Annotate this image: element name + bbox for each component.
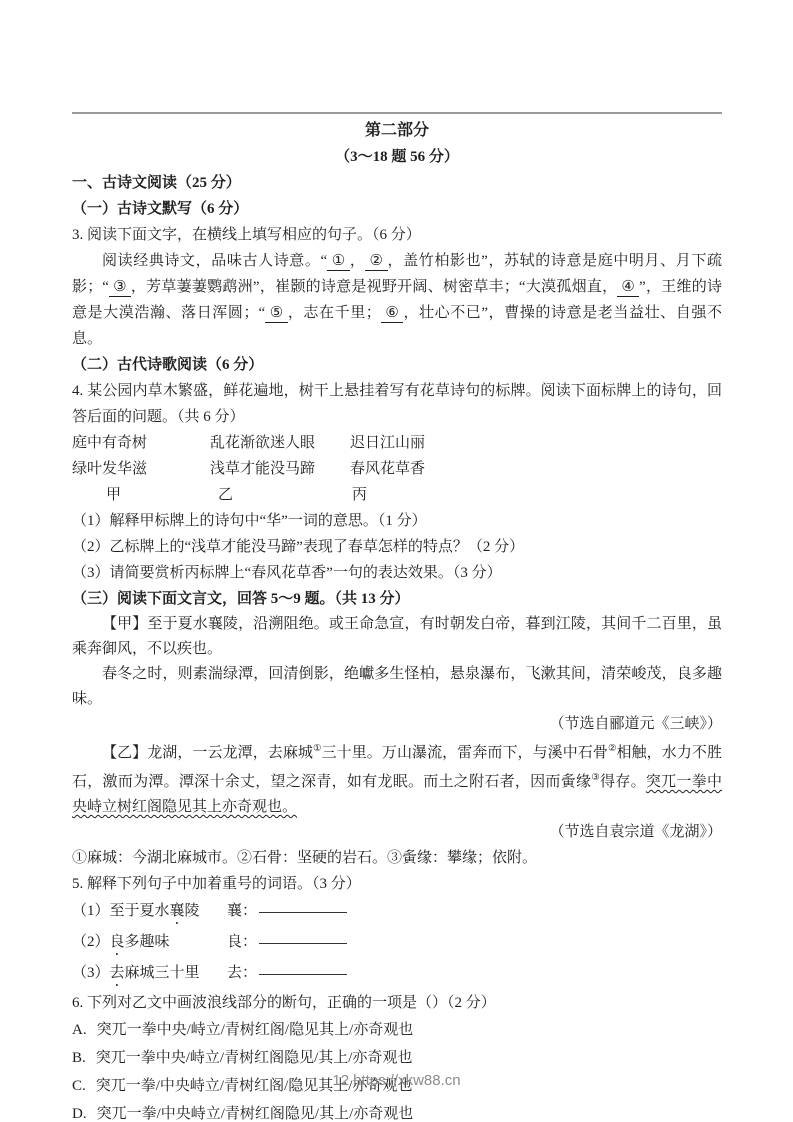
sign-jia-line1: 庭中有奇树 [72,430,210,456]
footer-url: https://xkw88.cn [353,1072,461,1089]
q3-text-2: ， [350,253,366,269]
yi-text-1: 【乙】龙湖，一云龙潭，去麻城 [102,745,313,761]
q6-option-a: A.突兀一拳中央/峙立/青树红阁/隐见其上/亦奇观也 [72,1016,722,1044]
q4-subquestion-3: （3）请简要赏析丙标牌上“春风花草香”一句的表达效果。（3 分） [72,560,722,586]
q5-item-2-emphasized-char: 良 [110,934,125,950]
q6-option-b: B.突兀一拳中央/峙立/青树红阁隐见/其上/亦奇观也 [72,1044,722,1072]
passage-yi-source: （节选自袁宗道《龙湖》） [72,820,722,845]
sign-jia-line2: 绿叶发华滋 [72,456,210,482]
yi-text-4: 得存。 [600,774,646,790]
passage-jia-p1: 【甲】至于夏水襄陵，沿溯阻绝。或王命急宣，有时朝发白帝，暮到江陵，其间千二百里，… [72,612,722,662]
q5-item-3-emphasized-char: 去 [110,965,125,981]
answer-blank-2 [259,928,347,944]
sign-boards: 庭中有奇树 乱花渐欲迷人眼 迟日江山丽 绿叶发华滋 浅草才能没马蹄 春风花草香 … [72,430,722,508]
subsection-title-poetry: （二）古代诗歌阅读（6 分） [72,352,722,378]
q6-option-b-text: 突兀一拳中央/峙立/青树红阁隐见/其上/亦奇观也 [96,1050,413,1066]
q3-blank-6: ⑥ [381,305,404,323]
q3-passage: 阅读经典诗文，品味古人诗意。“①，②，盖竹柏影也”，苏轼的诗意是庭中明月、月下疏… [72,248,722,352]
q5-item-2-pre: （2） [72,934,110,950]
subsection-title-classical: （三）阅读下面文言文，回答 5～9 题。（共 13 分） [72,586,722,612]
sign-jia-label: 甲 [72,482,210,508]
subsection-title-dictation: （一）古诗文默写（6 分） [72,196,722,222]
yi-text-2: 三十里。万山瀑流，雷奔而下，与溪中石骨 [322,745,608,761]
passage-jia-source: （节选自郦道元《三峡》） [72,712,722,737]
part-title: 第二部分 [72,118,722,144]
yi-note-marker-3: ③ [591,773,600,783]
page-content: 第二部分 （3～18 题 56 分） 一、古诗文阅读（25 分） （一）古诗文默… [0,112,793,1122]
page-footer: 12https://xkw88.cn [0,1072,793,1089]
answer-blank-3 [259,959,347,975]
q5-item-1-phrase: （1）至于夏水襄陵 [72,897,227,928]
q5-item-3: （3）去麻城三十里 去： [72,959,722,990]
page-number: 12 [332,1072,349,1089]
q5-item-2-phrase: （2）良多趣味 [72,928,227,959]
answer-blank-1 [259,897,347,913]
q5-item-1-pre: （1）至于夏水 [72,903,170,919]
q5-item-2-post: 多趣味 [125,934,170,950]
q6-option-d: D.突兀一拳/中央峙立/青树红阁隐见/其上/亦奇观也 [72,1100,722,1122]
q6-option-a-letter: A. [72,1022,87,1038]
q5-item-2: （2）良多趣味 良： [72,928,722,959]
section-title-reading: 一、古诗文阅读（25 分） [72,170,722,196]
sign-yi-line1: 乱花渐欲迷人眼 [210,430,350,456]
yi-note-marker-2: ② [608,744,617,754]
exam-page: 第二部分 （3～18 题 56 分） 一、古诗文阅读（25 分） （一）古诗文默… [0,0,793,1122]
q4-stem: 4. 某公园内草木繁盛，鲜花遍地，树干上悬挂着写有花草诗句的标牌。阅读下面标牌上… [72,378,722,430]
q5-item-1-post: 陵 [185,903,200,919]
passage-notes: ①麻城：今湖北麻城市。②石骨：坚硬的岩石。③夤缘：攀缘；依附。 [72,845,722,871]
q5-item-1-emphasized-char: 襄 [170,903,185,919]
q3-blank-5: ⑤ [265,305,288,323]
passage-jia-p2: 春冬之时，则素湍绿潭，回清倒影，绝巘多生怪柏，悬泉瀑布，飞漱其间，清荣峻茂，良多… [72,662,722,712]
q5-item-1-word-label: 襄： [227,897,257,928]
q5-item-3-word-label: 去： [227,959,257,990]
q6-option-d-letter: D. [72,1106,87,1122]
q5-stem: 5. 解释下列句子中加着重号的词语。（3 分） [72,871,722,897]
sign-bing-label: 丙 [350,482,722,508]
q5-item-1: （1）至于夏水襄陵 襄： [72,897,722,928]
passage-yi: 【乙】龙湖，一云龙潭，去麻城①三十里。万山瀑流，雷奔而下，与溪中石骨②相触，水力… [72,737,722,820]
sign-yi-label: 乙 [210,482,350,508]
sign-bing-line2: 春风花草香 [350,456,722,482]
q3-blank-4: ④ [617,279,639,297]
q3-text-4: ，芳草萋萋鹦鹉洲”，崔颢的诗意是视野开阔、树密草丰；“大漠孤烟直， [131,279,617,295]
sign-yi-line2: 浅草才能没马蹄 [210,456,350,482]
q3-blank-2: ② [365,253,387,271]
q3-blank-3: ③ [109,279,131,297]
q3-text-6: ，志在千里； [288,305,381,321]
q6-option-d-text: 突兀一拳/中央峙立/青树红阁隐见/其上/亦奇观也 [97,1106,414,1122]
q4-subquestion-2: （2）乙标牌上的“浅草才能没马蹄”表现了春草怎样的特点？（2 分） [72,534,722,560]
q6-option-b-letter: B. [72,1050,86,1066]
sign-bing-line1: 迟日江山丽 [350,430,722,456]
q5-item-3-post: 麻城三十里 [125,965,200,981]
q6-option-a-text: 突兀一拳中央/峙立/青树红阁/隐见其上/亦奇观也 [97,1022,414,1038]
part-score-range: （3～18 题 56 分） [72,144,722,170]
q6-stem: 6. 下列对乙文中画波浪线部分的断句，正确的一项是（）（2 分） [72,990,722,1016]
q4-subquestion-1: （1）解释甲标牌上的诗句中“华”一词的意思。（1 分） [72,508,722,534]
q5-item-3-phrase: （3）去麻城三十里 [72,959,227,990]
yi-note-marker-1: ① [313,744,322,754]
top-divider [72,112,722,114]
q3-blank-1: ① [327,253,350,271]
q5-item-3-pre: （3） [72,965,110,981]
q3-stem: 3. 阅读下面文字，在横线上填写相应的句子。（6 分） [72,222,722,248]
q5-item-2-word-label: 良： [227,928,257,959]
q3-text-1: 阅读经典诗文，品味古人诗意。“ [102,253,327,269]
